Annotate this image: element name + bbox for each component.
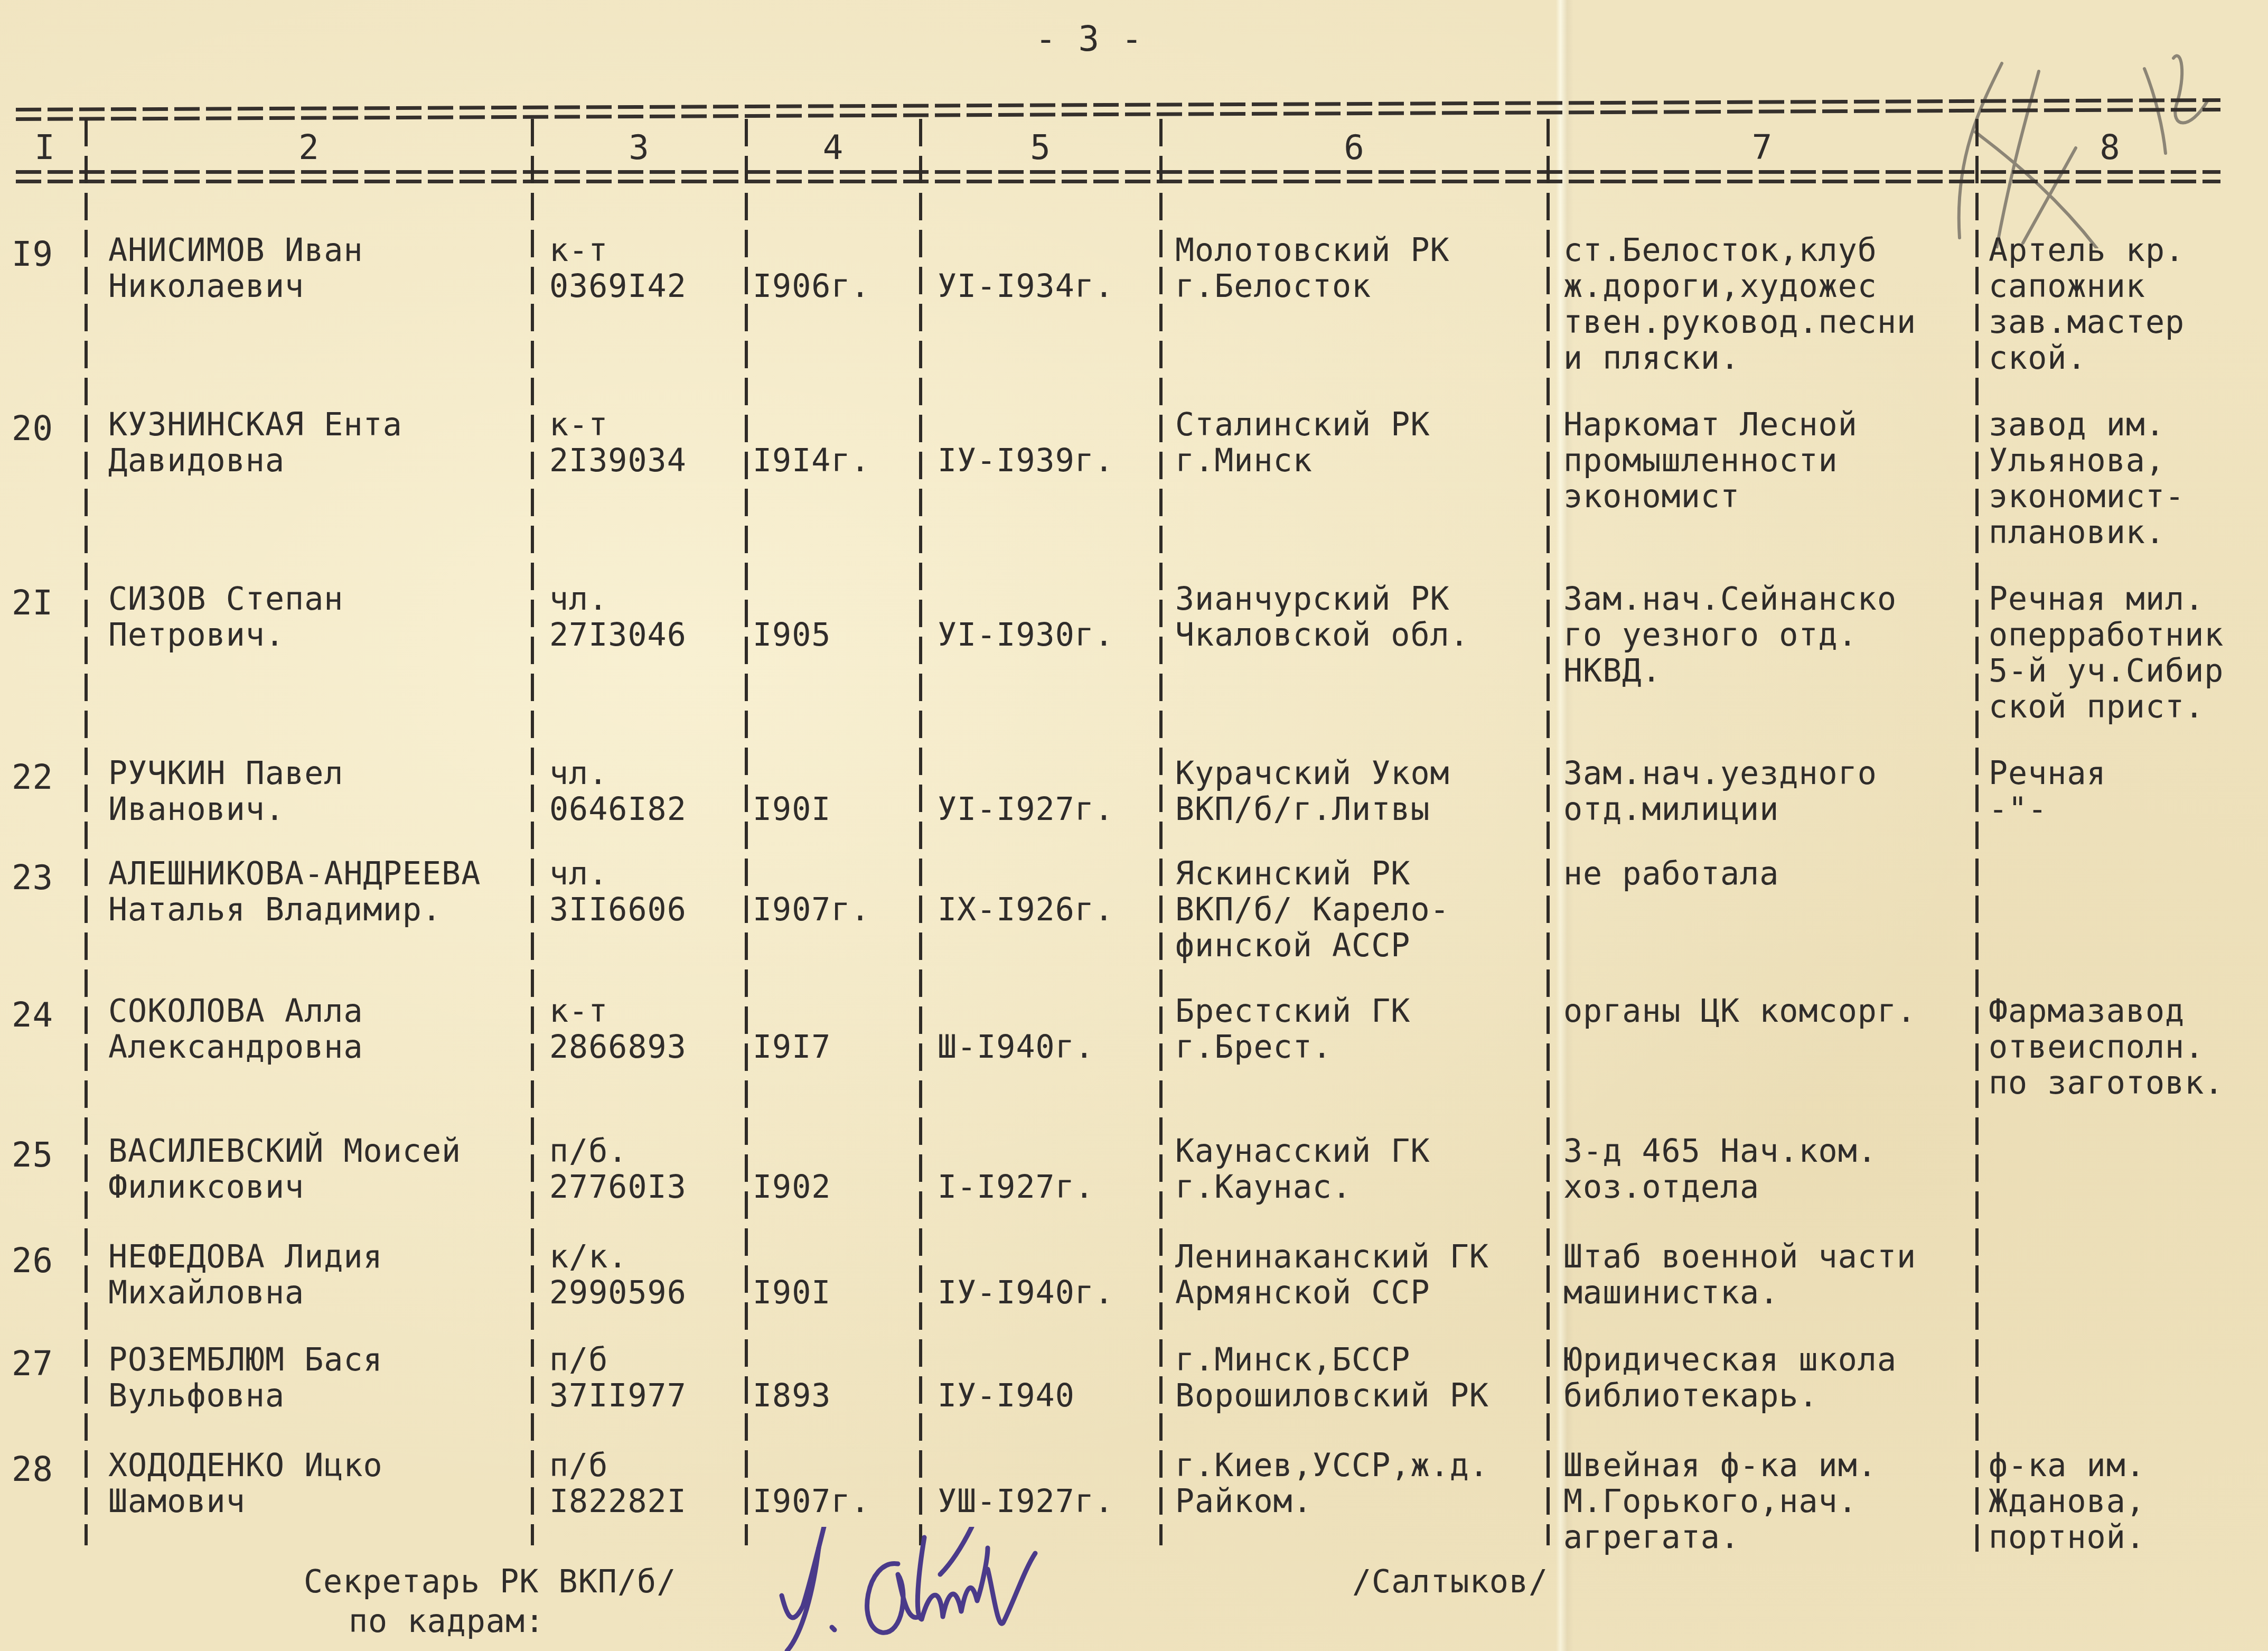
birth-year: I902 <box>753 1169 916 1205</box>
party-card-number-line: п/б. <box>549 1133 745 1169</box>
party-card-number-line: к-т <box>549 232 745 268</box>
party-organization-line: г.Брест. <box>1175 1029 1545 1065</box>
party-organization: Ленинаканский ГКАрмянской ССР <box>1175 1239 1545 1311</box>
party-organization-line: Каунасский ГК <box>1175 1133 1545 1169</box>
previous-work-line: ж.дороги,художес <box>1563 268 1975 304</box>
party-card-number-line: к-т <box>549 407 745 443</box>
row-number: 25 <box>12 1137 80 1173</box>
person-name-line: РОЗЕМБЛЮМ Бася <box>108 1342 531 1378</box>
previous-work: Зам.нач.Сейнанского уезного отд.НКВД. <box>1563 581 1975 689</box>
column-divider <box>745 119 748 1545</box>
previous-work: ст.Белосток,клубж.дороги,художествен.рук… <box>1563 232 1975 376</box>
column-header-5: 5 <box>922 122 1159 174</box>
current-work-line: Речная <box>1989 755 2263 791</box>
previous-work: Зам.нач.уездногоотд.милиции <box>1563 755 1975 827</box>
document-page: - 3 - I 2 3 4 5 6 7 8 I9АНИСИМОВ ИванНик… <box>0 0 2268 1651</box>
party-join-date: УI-I927г. <box>938 791 1159 827</box>
previous-work-line: экономист <box>1563 479 1975 515</box>
party-join-date: IХ-I926г. <box>938 892 1159 928</box>
current-work: Речная-"- <box>1989 755 2263 827</box>
row-number: 27 <box>12 1346 80 1382</box>
party-join-date: IУ-I940г. <box>938 1275 1159 1311</box>
party-card-number: к/к.2990596 <box>549 1239 745 1311</box>
previous-work-line: агрегата. <box>1563 1519 1975 1555</box>
page-number: - 3 - <box>1035 21 1143 57</box>
person-name-line: КУЗНИНСКАЯ Ента <box>108 407 531 443</box>
person-name: СОКОЛОВА АллаАлександровна <box>108 993 531 1065</box>
person-name-line: СИЗОВ Степан <box>108 581 531 617</box>
previous-work: Юридическая школабиблиотекарь. <box>1563 1342 1975 1414</box>
current-work: ф-ка им.Жданова,портной. <box>1989 1448 2263 1555</box>
birth-year: I906г. <box>753 268 916 304</box>
party-organization-line: Курачский Уком <box>1175 755 1545 791</box>
current-work-line: Жданова, <box>1989 1484 2263 1519</box>
column-header-1: I <box>11 122 79 174</box>
birth-year: I905 <box>753 617 916 653</box>
party-card-number-line: 0646I82 <box>549 791 745 827</box>
party-join-date: УШ-I927г. <box>938 1484 1159 1519</box>
current-work: Речная мил.оперработник5-й уч.Сибирской … <box>1989 581 2263 725</box>
current-work-line: Фармазавод <box>1989 993 2263 1029</box>
row-number: 23 <box>12 860 80 896</box>
party-card-number-line: чл. <box>549 856 745 892</box>
party-organization: г.Киев,УССР,ж.д.Райком. <box>1175 1448 1545 1519</box>
previous-work-line: промышленности <box>1563 443 1975 479</box>
person-name-line: Иванович. <box>108 791 531 827</box>
party-organization: Молотовский РКг.Белосток <box>1175 232 1545 304</box>
row-number: I9 <box>12 237 80 273</box>
person-name-line: РУЧКИН Павел <box>108 755 531 791</box>
previous-work-line: твен.руковод.песни <box>1563 304 1975 340</box>
party-organization-line: ВКП/б/г.Литвы <box>1175 791 1545 827</box>
party-join-date: IУ-I939г. <box>938 443 1159 479</box>
party-card-number-line: 3II6606 <box>549 892 745 928</box>
column-header-3: 3 <box>533 122 745 174</box>
party-organization-line: Армянской ССР <box>1175 1275 1545 1311</box>
header-top-rule <box>16 98 2220 124</box>
column-header-7: 7 <box>1549 122 1975 174</box>
column-divider <box>1547 119 1550 1545</box>
party-card-number: к-т0369I42 <box>549 232 745 304</box>
row-number: 20 <box>12 411 80 447</box>
current-work: Фармазаводотвеисполн.по заготовк. <box>1989 993 2263 1101</box>
current-work-line: Артель кр. <box>1989 232 2263 268</box>
party-card-number-line: 27I3046 <box>549 617 745 653</box>
party-organization: Зианчурский РКЧкаловской обл. <box>1175 581 1545 653</box>
previous-work-line: библиотекарь. <box>1563 1378 1975 1414</box>
party-card-number-line: к/к. <box>549 1239 745 1275</box>
party-card-number-line: 2866893 <box>549 1029 745 1065</box>
person-name-line: Наталья Владимир. <box>108 892 531 928</box>
party-card-number: к-т2866893 <box>549 993 745 1065</box>
person-name: СИЗОВ СтепанПетрович. <box>108 581 531 653</box>
party-card-number: чл.3II6606 <box>549 856 745 928</box>
column-header-4: 4 <box>747 122 919 174</box>
previous-work: органы ЦК комсорг. <box>1563 993 1975 1029</box>
column-header-8: 8 <box>1978 122 2242 174</box>
current-work-line: плановик. <box>1989 515 2263 551</box>
party-card-number-line: 27760I3 <box>549 1169 745 1205</box>
party-organization-line: г.Киев,УССР,ж.д. <box>1175 1448 1545 1484</box>
row-number: 24 <box>12 997 80 1033</box>
party-card-number-line: I82282I <box>549 1484 745 1519</box>
current-work: завод им.Ульянова,экономист-плановик. <box>1989 407 2263 551</box>
person-name-line: Филиксович <box>108 1169 531 1205</box>
current-work-line: отвеисполн. <box>1989 1029 2263 1065</box>
previous-work-line: хоз.отдела <box>1563 1169 1975 1205</box>
current-work-line: экономист- <box>1989 479 2263 515</box>
party-join-date: IУ-I940 <box>938 1378 1159 1414</box>
person-name: АЛЕШНИКОВА-АНДРЕЕВАНаталья Владимир. <box>108 856 531 928</box>
current-work-line: Ульянова, <box>1989 443 2263 479</box>
previous-work: 3-д 465 Нач.ком.хоз.отдела <box>1563 1133 1975 1205</box>
party-card-number-line: п/б <box>549 1448 745 1484</box>
column-divider <box>1159 119 1163 1545</box>
current-work-line: ской. <box>1989 340 2263 376</box>
previous-work-line: машинистка. <box>1563 1275 1975 1311</box>
party-organization-line: Брестский ГК <box>1175 993 1545 1029</box>
previous-work-line: и пляски. <box>1563 340 1975 376</box>
party-organization-line: Молотовский РК <box>1175 232 1545 268</box>
person-name-line: СОКОЛОВА Алла <box>108 993 531 1029</box>
party-organization: Сталинский РКг.Минск <box>1175 407 1545 479</box>
column-header-2: 2 <box>87 122 531 174</box>
previous-work-line: отд.милиции <box>1563 791 1975 827</box>
previous-work-line: 3-д 465 Нач.ком. <box>1563 1133 1975 1169</box>
birth-year: I907г. <box>753 892 916 928</box>
party-organization: г.Минск,БССРВорошиловский РК <box>1175 1342 1545 1414</box>
current-work-line: ской прист. <box>1989 689 2263 725</box>
person-name-line: Вульфовна <box>108 1378 531 1414</box>
party-card-number-line: 2990596 <box>549 1275 745 1311</box>
party-organization-line: Ленинаканский ГК <box>1175 1239 1545 1275</box>
person-name: АНИСИМОВ ИванНиколаевич <box>108 232 531 304</box>
column-divider <box>919 119 922 1545</box>
previous-work-line: М.Горького,нач. <box>1563 1484 1975 1519</box>
row-number: 22 <box>12 760 80 796</box>
previous-work-line: Юридическая школа <box>1563 1342 1975 1378</box>
current-work-line: оперработник <box>1989 617 2263 653</box>
column-divider <box>531 119 534 1545</box>
party-card-number: п/бI82282I <box>549 1448 745 1519</box>
party-card-number: к-т2I39034 <box>549 407 745 479</box>
previous-work: не работала <box>1563 856 1975 892</box>
row-number: 2I <box>12 585 80 621</box>
signatory-title-line2: по кадрам: <box>349 1603 545 1639</box>
current-work-line: сапожник <box>1989 268 2263 304</box>
previous-work-line: Зам.нач.Сейнанско <box>1563 581 1975 617</box>
party-card-number: чл.27I3046 <box>549 581 745 653</box>
signatory-name: /Салтыков/ <box>1352 1564 1548 1600</box>
party-organization-line: Ворошиловский РК <box>1175 1378 1545 1414</box>
handwritten-signature-icon <box>739 1527 1320 1651</box>
previous-work-line: Наркомат Лесной <box>1563 407 1975 443</box>
party-card-number: п/б.27760I3 <box>549 1133 745 1205</box>
party-card-number-line: 2I39034 <box>549 443 745 479</box>
party-organization: Курачский УкомВКП/б/г.Литвы <box>1175 755 1545 827</box>
current-work-line: по заготовк. <box>1989 1065 2263 1101</box>
party-join-date: УI-I930г. <box>938 617 1159 653</box>
previous-work-line: Штаб военной части <box>1563 1239 1975 1275</box>
birth-year: I90I <box>753 1275 916 1311</box>
person-name: РУЧКИН ПавелИванович. <box>108 755 531 827</box>
party-organization: Брестский ГКг.Брест. <box>1175 993 1545 1065</box>
party-organization-line: г.Белосток <box>1175 268 1545 304</box>
birth-year: I9I7 <box>753 1029 916 1065</box>
previous-work-line: Швейная ф-ка им. <box>1563 1448 1975 1484</box>
party-card-number-line: 37II977 <box>549 1378 745 1414</box>
party-organization-line: г.Минск <box>1175 443 1545 479</box>
column-divider <box>1975 119 1979 1556</box>
party-organization-line: Чкаловской обл. <box>1175 617 1545 653</box>
person-name: РОЗЕМБЛЮМ БасяВульфовна <box>108 1342 531 1414</box>
previous-work: Наркомат Леснойпромышленностиэкономист <box>1563 407 1975 515</box>
previous-work-line: не работала <box>1563 856 1975 892</box>
party-card-number-line: к-т <box>549 993 745 1029</box>
party-card-number-line: 0369I42 <box>549 268 745 304</box>
birth-year: I893 <box>753 1378 916 1414</box>
person-name-line: Михайловна <box>108 1275 531 1311</box>
birth-year: I9I4г. <box>753 443 916 479</box>
previous-work-line: ст.Белосток,клуб <box>1563 232 1975 268</box>
previous-work-line: НКВД. <box>1563 653 1975 689</box>
person-name: ВАСИЛЕВСКИЙ МоисейФиликсович <box>108 1133 531 1205</box>
person-name-line: Петрович. <box>108 617 531 653</box>
person-name: ХОДОДЕНКО ИцкоШамович <box>108 1448 531 1519</box>
party-organization-line: ВКП/б/ Карело- <box>1175 892 1545 928</box>
party-organization: Яскинский РКВКП/б/ Карело-финской АССР <box>1175 856 1545 964</box>
current-work-line: портной. <box>1989 1519 2263 1555</box>
party-organization-line: финской АССР <box>1175 928 1545 964</box>
party-card-number: п/б37II977 <box>549 1342 745 1414</box>
party-card-number-line: чл. <box>549 755 745 791</box>
person-name-line: Николаевич <box>108 268 531 304</box>
row-number: 28 <box>12 1452 80 1488</box>
previous-work-line: органы ЦК комсорг. <box>1563 993 1975 1029</box>
party-join-date: УI-I934г. <box>938 268 1159 304</box>
previous-work-line: Зам.нач.уездного <box>1563 755 1975 791</box>
birth-year: I90I <box>753 791 916 827</box>
party-join-date: Ш-I940г. <box>938 1029 1159 1065</box>
previous-work: Штаб военной частимашинистка. <box>1563 1239 1975 1311</box>
person-name-line: АНИСИМОВ Иван <box>108 232 531 268</box>
current-work-line: 5-й уч.Сибир <box>1989 653 2263 689</box>
person-name-line: АЛЕШНИКОВА-АНДРЕЕВА <box>108 856 531 892</box>
current-work-line: Речная мил. <box>1989 581 2263 617</box>
party-organization-line: Сталинский РК <box>1175 407 1545 443</box>
person-name: НЕФЕДОВА ЛидияМихайловна <box>108 1239 531 1311</box>
party-organization-line: Зианчурский РК <box>1175 581 1545 617</box>
party-organization-line: Райком. <box>1175 1484 1545 1519</box>
column-divider <box>85 119 88 1545</box>
person-name-line: ВАСИЛЕВСКИЙ Моисей <box>108 1133 531 1169</box>
current-work-line: ф-ка им. <box>1989 1448 2263 1484</box>
person-name-line: Александровна <box>108 1029 531 1065</box>
person-name-line: НЕФЕДОВА Лидия <box>108 1239 531 1275</box>
party-card-number: чл.0646I82 <box>549 755 745 827</box>
party-join-date: I-I927г. <box>938 1169 1159 1205</box>
person-name-line: ХОДОДЕНКО Ицко <box>108 1448 531 1484</box>
previous-work: Швейная ф-ка им.М.Горького,нач.агрегата. <box>1563 1448 1975 1555</box>
current-work-line: завод им. <box>1989 407 2263 443</box>
person-name-line: Давидовна <box>108 443 531 479</box>
party-organization-line: Яскинский РК <box>1175 856 1545 892</box>
person-name: КУЗНИНСКАЯ ЕнтаДавидовна <box>108 407 531 479</box>
party-organization-line: г.Каунас. <box>1175 1169 1545 1205</box>
party-card-number-line: чл. <box>549 581 745 617</box>
column-header-6: 6 <box>1162 122 1547 174</box>
current-work: Артель кр.сапожникзав.мастерской. <box>1989 232 2263 376</box>
row-number: 26 <box>12 1243 80 1279</box>
person-name-line: Шамович <box>108 1484 531 1519</box>
birth-year: I907г. <box>753 1484 916 1519</box>
previous-work-line: го уезного отд. <box>1563 617 1975 653</box>
party-card-number-line: п/б <box>549 1342 745 1378</box>
signatory-title-line1: Секретарь РК ВКП/б/ <box>304 1564 676 1600</box>
current-work-line: зав.мастер <box>1989 304 2263 340</box>
current-work-line: -"- <box>1989 791 2263 827</box>
party-organization-line: г.Минск,БССР <box>1175 1342 1545 1378</box>
party-organization: Каунасский ГКг.Каунас. <box>1175 1133 1545 1205</box>
